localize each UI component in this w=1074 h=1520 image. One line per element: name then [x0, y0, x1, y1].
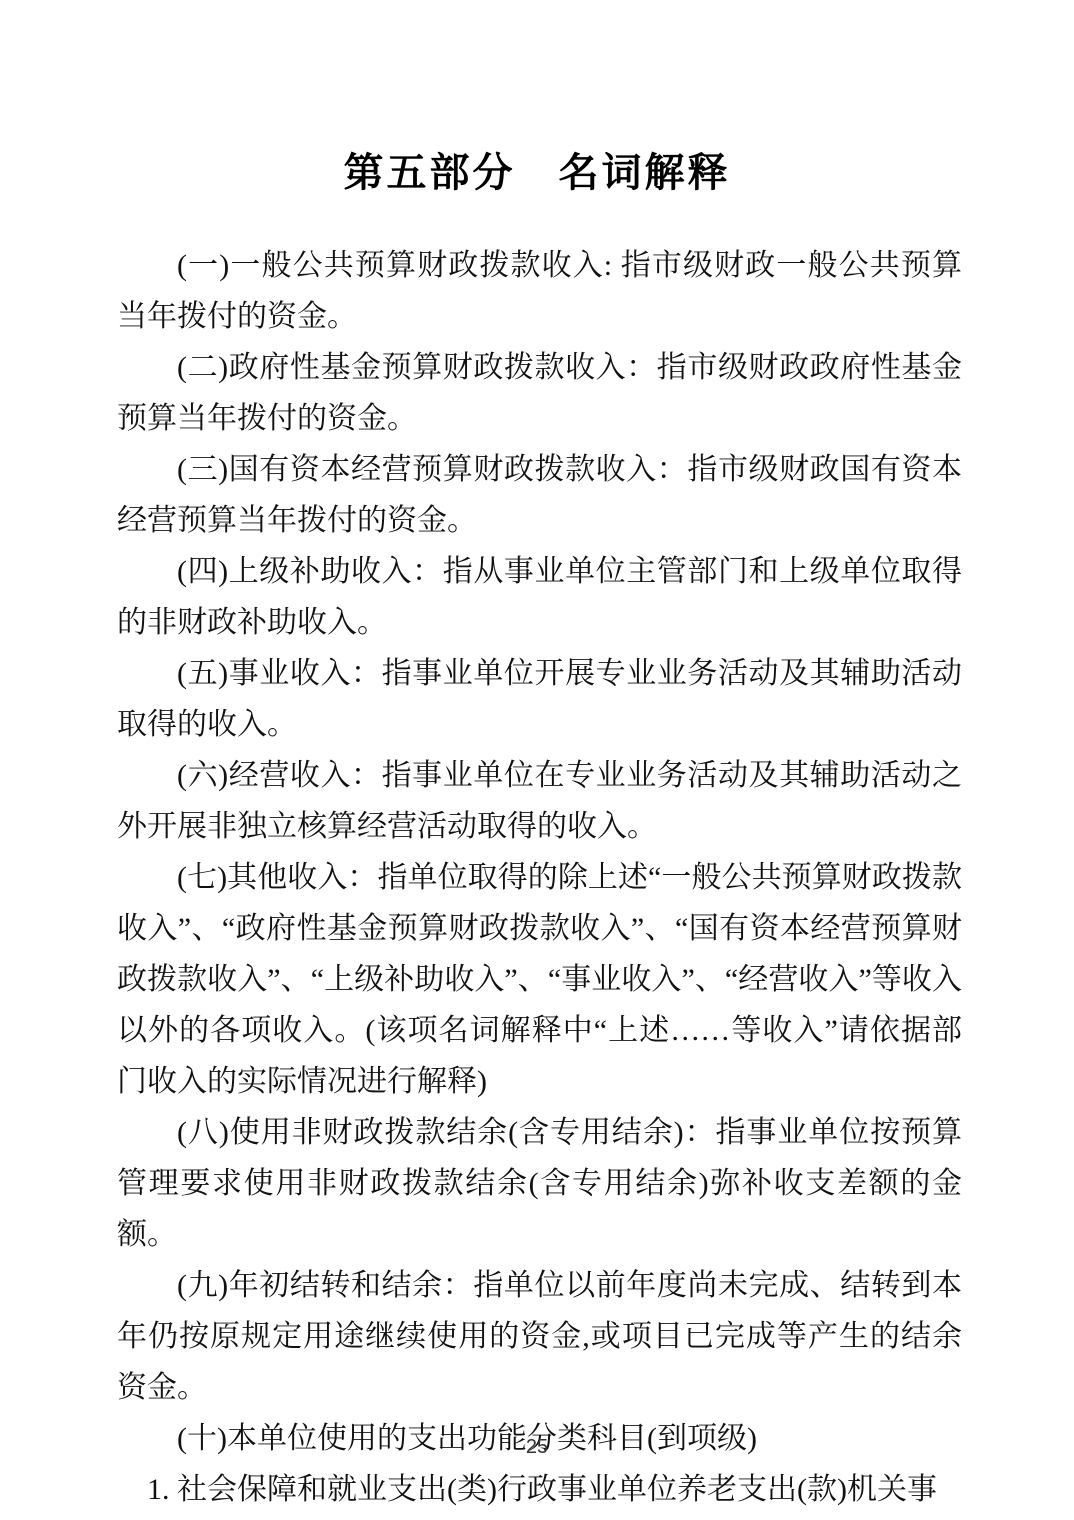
definition-paragraph-3: (三)国有资本经营预算财政拨款收入：指市级财政国有资本经营预算当年拨付的资金。	[117, 444, 962, 546]
definition-paragraph-4: (四)上级补助收入：指从事业单位主管部门和上级单位取得的非财政补助收入。	[117, 546, 962, 648]
page-number: 25	[0, 1436, 1074, 1459]
definition-paragraph-8: (八)使用非财政拨款结余(含专用结余)：指事业单位按预算管理要求使用非财政拨款结…	[117, 1107, 962, 1260]
document-body: (一)一般公共预算财政拨款收入: 指市级财政一般公共预算当年拨付的资金。 (二)…	[117, 240, 962, 1515]
definition-paragraph-2: (二)政府性基金预算财政拨款收入：指市级财政政府性基金预算当年拨付的资金。	[117, 342, 962, 444]
definition-subitem-1: 1. 社会保障和就业支出(类)行政事业单位养老支出(款)机关事	[117, 1464, 962, 1515]
document-page: 第五部分 名词解释 (一)一般公共预算财政拨款收入: 指市级财政一般公共预算当年…	[0, 0, 1074, 1520]
definition-paragraph-5: (五)事业收入：指事业单位开展专业业务活动及其辅助活动取得的收入。	[117, 648, 962, 750]
page-title: 第五部分 名词解释	[0, 0, 1074, 196]
definition-paragraph-1: (一)一般公共预算财政拨款收入: 指市级财政一般公共预算当年拨付的资金。	[117, 240, 962, 342]
definition-paragraph-9: (九)年初结转和结余：指单位以前年度尚未完成、结转到本年仍按原规定用途继续使用的…	[117, 1260, 962, 1413]
definition-paragraph-6: (六)经营收入：指事业单位在专业业务活动及其辅助活动之外开展非独立核算经营活动取…	[117, 750, 962, 852]
definition-paragraph-7: (七)其他收入：指单位取得的除上述“一般公共预算财政拨款收入”、“政府性基金预算…	[117, 852, 962, 1107]
